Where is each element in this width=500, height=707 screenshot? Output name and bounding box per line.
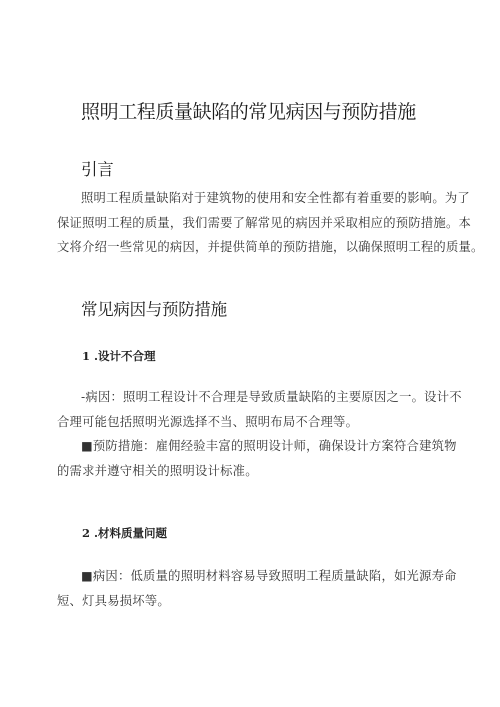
item-2-heading: 2 .材料质量问题 [82, 524, 167, 542]
item-2-cause-line-1: ■病因：低质量的照明材料容易导致照明工程质量缺陷，如光源寿命 [57, 564, 477, 589]
document-title: 照明工程质量缺陷的常见病因与预防措施 [81, 98, 416, 126]
item-1-prevention-paragraph: ■预防措施：雇佣经验丰富的照明设计师，确保设计方案符合建筑物 的需求并遵守相关的… [57, 434, 477, 483]
intro-line-3: 文将介绍一些常见的病因，并提供简单的预防措施，以确保照明工程的质量。 [57, 235, 477, 260]
item-1-cause-paragraph: -病因：照明工程设计不合理是导致质量缺陷的主要原因之一。设计不 合理可能包括照明… [57, 385, 477, 434]
item-1-heading: 1 .设计不合理 [82, 347, 156, 365]
item-1-prevention-line-1: ■预防措施：雇佣经验丰富的照明设计师，确保设计方案符合建筑物 [57, 434, 477, 459]
section-heading: 常见病因与预防措施 [81, 298, 227, 322]
item-1-prevention-line-2: 的需求并遵守相关的照明设计标准。 [57, 459, 477, 484]
document-page: 照明工程质量缺陷的常见病因与预防措施 引言 照明工程质量缺陷对于建筑物的使用和安… [0, 0, 500, 707]
intro-paragraph: 照明工程质量缺陷对于建筑物的使用和安全性都有着重要的影响。为了 保证照明工程的质… [57, 186, 477, 260]
item-2-cause-line-2: 短、灯具易损坏等。 [57, 589, 477, 614]
intro-line-2: 保证照明工程的质量，我们需要了解常见的病因并采取相应的预防措施。本 [57, 211, 477, 236]
item-1-cause-line-2: 合理可能包括照明光源选择不当、照明布局不合理等。 [57, 410, 477, 435]
item-1-cause-line-1: -病因：照明工程设计不合理是导致质量缺陷的主要原因之一。设计不 [57, 385, 477, 410]
item-2-cause-paragraph: ■病因：低质量的照明材料容易导致照明工程质量缺陷，如光源寿命 短、灯具易损坏等。 [57, 564, 477, 613]
intro-line-1: 照明工程质量缺陷对于建筑物的使用和安全性都有着重要的影响。为了 [57, 186, 477, 211]
intro-heading: 引言 [81, 158, 113, 182]
